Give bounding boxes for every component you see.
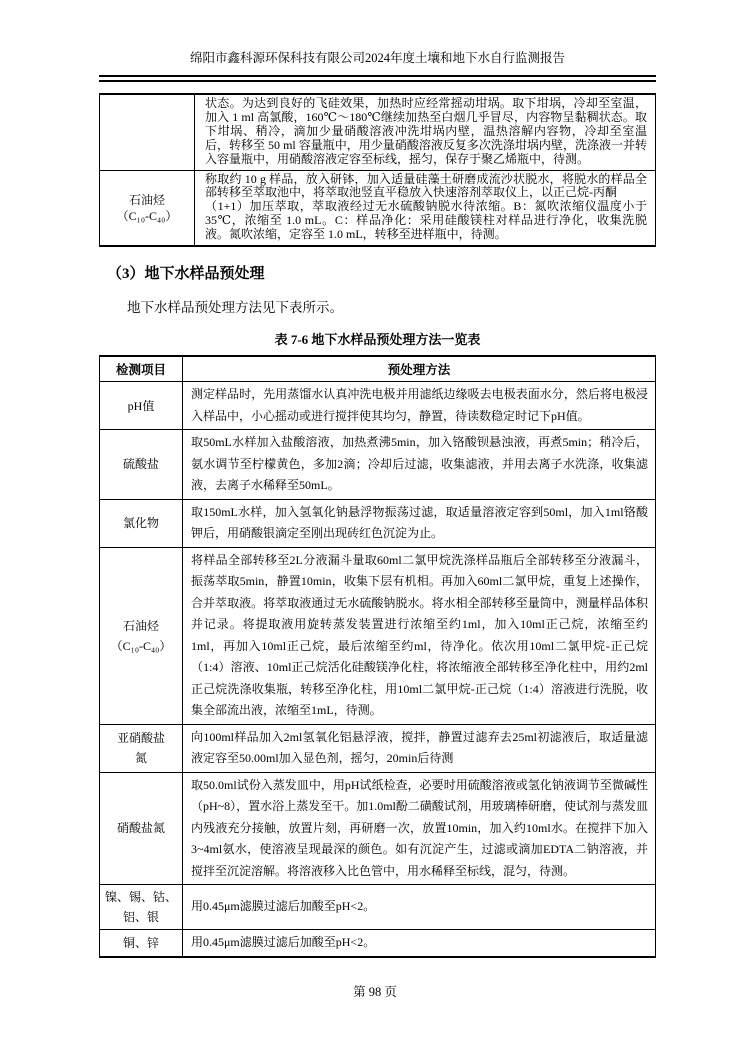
column-header-item: 检测项目 [100, 356, 183, 382]
table-row: 石油烃 （C₁₀-C₄₀） 将样品全部转移至2L分液漏斗量取60ml二氯甲烷洗涤… [100, 547, 656, 724]
method-cell: 测定样品时，先用蒸馏水认真冲洗电极并用滤纸边缘吸去电极表面水分，然后将电极浸入样… [183, 382, 656, 430]
groundwater-pretreatment-table: 检测项目 预处理方法 pH值 测定样品时，先用蒸馏水认真冲洗电极并用滤纸边缘吸去… [99, 355, 656, 958]
item-cell [100, 94, 195, 170]
table-row: pH值 测定样品时，先用蒸馏水认真冲洗电极并用滤纸边缘吸去电极表面水分，然后将电… [100, 382, 656, 430]
table-row: 亚硝酸盐 氮 向100ml样品加入2ml氢氧化铝悬浮液，搅拌，静置过滤弃去25m… [100, 724, 656, 772]
item-cell: 石油烃 （C₁₀-C₄₀） [100, 547, 183, 724]
method-cell: 向100ml样品加入2ml氢氧化铝悬浮液，搅拌，静置过滤弃去25ml初滤液后，取… [183, 724, 656, 772]
intro-paragraph: 地下水样品预处理方法见下表所示。 [99, 296, 656, 316]
table-row: 石油烃 （C₁₀-C₄₀） 称取约 10 g 样品，放入研钵，加入适量硅藻土研磨… [100, 170, 656, 246]
item-cell: 铜、锌 [100, 930, 183, 957]
soil-pretreatment-continuation-table: 状态。为达到良好的飞硅效果，加热时应经常摇动坩埚。取下坩埚，冷却至室温，加入 1… [99, 93, 656, 247]
header-double-rule [99, 75, 656, 82]
page-content: 绵阳市鑫科源环保科技有限公司2024年度土壤和地下水自行监测报告 状态。为达到良… [99, 48, 656, 958]
table-row: 铜、锌 用0.45μm滤膜过滤后加酸至pH<2。 [100, 930, 656, 957]
item-cell: 氯化物 [100, 499, 183, 547]
report-header-title: 绵阳市鑫科源环保科技有限公司2024年度土壤和地下水自行监测报告 [99, 48, 656, 66]
column-header-method: 预处理方法 [183, 356, 656, 382]
item-cell: 亚硝酸盐 氮 [100, 724, 183, 772]
table-caption: 表 7-6 地下水样品预处理方法一览表 [99, 329, 656, 348]
page-number: 第 98 页 [0, 982, 750, 1000]
item-cell: 硫酸盐 [100, 430, 183, 500]
section-heading: （3）地下水样品预处理 [107, 262, 656, 283]
method-cell: 取150mL水样，加入氢氧化钠悬浮物振荡过滤，取适量溶液定容到50ml，加入1m… [183, 499, 656, 547]
method-cell: 将样品全部转移至2L分液漏斗量取60ml二氯甲烷洗涤样品瓶后全部转移至分液漏斗，… [183, 547, 656, 724]
method-cell: 用0.45μm滤膜过滤后加酸至pH<2。 [183, 930, 656, 957]
method-text: 状态。为达到良好的飞硅效果，加热时应经常摇动坩埚。取下坩埚，冷却至室温，加入 1… [205, 97, 647, 167]
method-cell: 取50.0ml试份入蒸发皿中，用pH试纸检查，必要时用硫酸溶液或氢化钠液调节至微… [183, 772, 656, 885]
method-cell: 状态。为达到良好的飞硅效果，加热时应经常摇动坩埚。取下坩埚，冷却至室温，加入 1… [195, 94, 656, 170]
item-cell: 石油烃 （C₁₀-C₄₀） [100, 170, 195, 246]
table-row: 硝酸盐氮 取50.0ml试份入蒸发皿中，用pH试纸检查，必要时用硫酸溶液或氢化钠… [100, 772, 656, 885]
item-cell: 镍、锡、钴、 铝、银 [100, 885, 183, 930]
method-text-part1: 称取约 10 g 样品，放入研钵，加入适量硅藻土研磨成流沙状脱水，将脱水的样品全… [205, 173, 647, 201]
document-page: 绵阳市鑫科源环保科技有限公司2024年度土壤和地下水自行监测报告 状态。为达到良… [0, 0, 750, 1060]
method-cell: 称取约 10 g 样品，放入研钵，加入适量硅藻土研磨成流沙状脱水，将脱水的样品全… [195, 170, 656, 246]
table-row: 硫酸盐 取50mL水样加入盐酸溶液，加热煮沸5min，加入铬酸钡悬浊液，再煮5m… [100, 430, 656, 500]
method-cell: 取50mL水样加入盐酸溶液，加热煮沸5min，加入铬酸钡悬浊液，再煮5min；稍… [183, 430, 656, 500]
method-text-part2: （1+1）加压萃取，萃取液经过无水硫酸钠脱水待浓缩。B：氮吹浓缩仪温度小于35℃… [205, 200, 647, 242]
table-header-row: 检测项目 预处理方法 [100, 356, 656, 382]
method-cell: 用0.45μm滤膜过滤后加酸至pH<2。 [183, 885, 656, 930]
item-cell: pH值 [100, 382, 183, 430]
table-row: 氯化物 取150mL水样，加入氢氧化钠悬浮物振荡过滤，取适量溶液定容到50ml，… [100, 499, 656, 547]
item-cell: 硝酸盐氮 [100, 772, 183, 885]
table-row: 状态。为达到良好的飞硅效果，加热时应经常摇动坩埚。取下坩埚，冷却至室温，加入 1… [100, 94, 656, 170]
table-row: 镍、锡、钴、 铝、银 用0.45μm滤膜过滤后加酸至pH<2。 [100, 885, 656, 930]
